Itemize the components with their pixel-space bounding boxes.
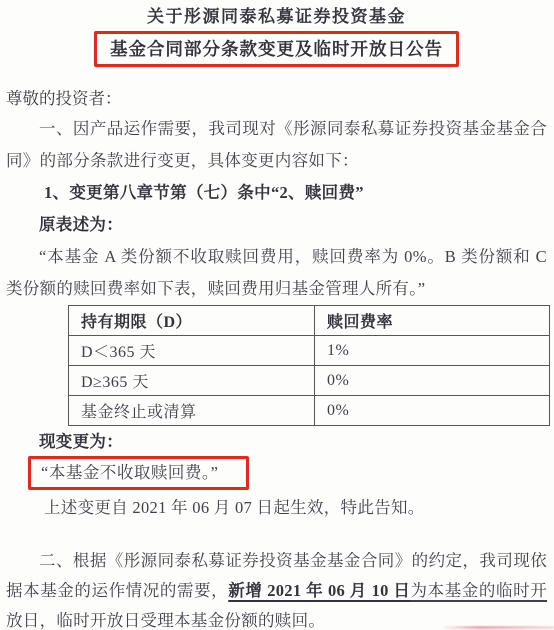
original-label: 原表述为： xyxy=(39,209,547,241)
effective-note: 上述变更自 2021 年 06 月 07 日起生效，特此告知。 xyxy=(44,496,547,520)
table-cell-rate: 0% xyxy=(315,396,550,426)
changed-label: 现变更为： xyxy=(39,429,547,455)
table-header-row: 持有期限（D） 赎回费率 xyxy=(69,306,550,336)
document-subtitle: 基金合同部分条款变更及临时开放日公告 xyxy=(110,38,443,60)
temporary-open-date-bold: 新增 2021 年 06 月 10 日 xyxy=(228,581,410,600)
redemption-fee-table: 持有期限（D） 赎回费率 D＜365 天 1% D≥365 天 0% 基金终止或… xyxy=(68,305,550,426)
table-cell-period: D≥365 天 xyxy=(69,366,315,396)
table-row: 基金终止或清算 0% xyxy=(69,396,550,426)
original-quote: “本基金 A 类份额不收取赎回费用，赎回费率为 0%。B 类份额和 C 类份额的… xyxy=(6,241,547,305)
highlight-box-subtitle: 基金合同部分条款变更及临时开放日公告 xyxy=(94,31,459,67)
paragraph-intro: 一、因产品运作需要，我司现对《彤源同泰私募证券投资基金基金合同》的部分条款进行变… xyxy=(6,113,547,177)
table-header-holding-period: 持有期限（D） xyxy=(69,306,315,336)
announcement-document: 关于彤源同泰私募证券投资基金 基金合同部分条款变更及临时开放日公告 尊敬的投资者… xyxy=(0,0,554,630)
changed-quote: “本基金不收取赎回费。” xyxy=(41,462,240,484)
scan-artifact-red-mark xyxy=(444,626,554,629)
table-cell-period: D＜365 天 xyxy=(69,336,315,366)
paragraph-temporary-open-day: 二、根据《彤源同泰私募证券投资基金基金合同》的约定，我司现依据本基金的运作情况的… xyxy=(6,546,547,630)
table-cell-rate: 0% xyxy=(315,366,550,396)
table-row: D＜365 天 1% xyxy=(69,336,550,366)
table-cell-period: 基金终止或清算 xyxy=(69,396,315,426)
table-header-fee-rate: 赎回费率 xyxy=(315,306,550,336)
table-cell-rate: 1% xyxy=(315,336,550,366)
table-row: D≥365 天 0% xyxy=(69,366,550,396)
paragraph-2-suffix: ，临时开放日受理本基金份额的赎回。 xyxy=(40,611,326,630)
subtitle-row: 基金合同部分条款变更及临时开放日公告 xyxy=(6,31,547,67)
salutation: 尊敬的投资者： xyxy=(6,87,547,111)
highlight-box-changed-clause: “本基金不收取赎回费。” xyxy=(28,456,249,490)
item-heading: 1、变更第八章节第（七）条中“2、赎回费” xyxy=(44,177,547,209)
document-title: 关于彤源同泰私募证券投资基金 xyxy=(6,0,547,27)
